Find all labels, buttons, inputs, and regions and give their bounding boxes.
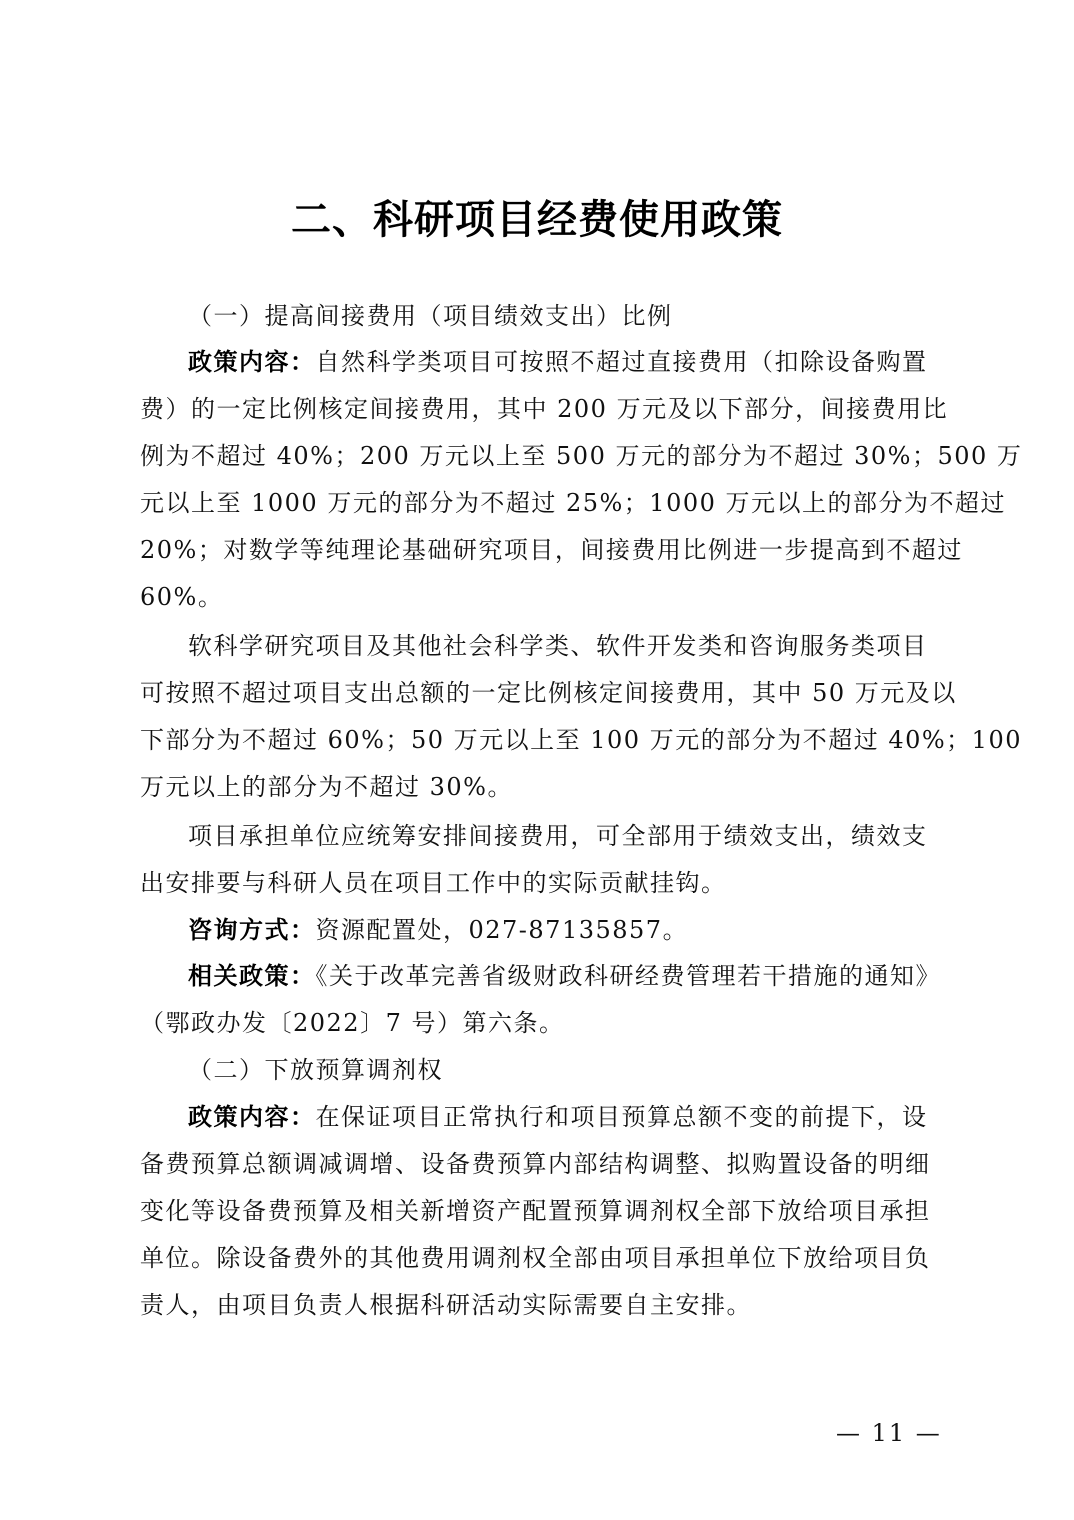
policy-text: 在保证项目正常执行和项目预算总额不变的前提下，设	[316, 1103, 928, 1131]
page-title: 二、科研项目经费使用政策	[0, 190, 1074, 250]
paragraph-line: 政策内容：在保证项目正常执行和项目预算总额不变的前提下，设	[188, 1099, 925, 1135]
paragraph-line: 相关政策：《关于改革完善省级财政科研经费管理若干措施的通知》	[188, 958, 925, 994]
paragraph-line: 费）的一定比例核定间接费用，其中 200 万元及以下部分，间接费用比	[140, 391, 925, 427]
paragraph-line: 政策内容：自然科学类项目可按照不超过直接费用（扣除设备购置	[188, 344, 925, 380]
related-policy-label: 相关政策：	[188, 961, 316, 990]
paragraph-line: （鄂政办发〔2022〕7 号）第六条。	[140, 1005, 925, 1041]
page-number: — 11 —	[836, 1415, 942, 1451]
paragraph-line: 责人，由项目负责人根据科研活动实际需要自主安排。	[140, 1287, 925, 1323]
policy-content-label: 政策内容：	[188, 347, 316, 376]
paragraph-line: 软科学研究项目及其他社会科学类、软件开发类和咨询服务类项目	[188, 628, 925, 664]
paragraph-line: 出安排要与科研人员在项目工作中的实际贡献挂钩。	[140, 865, 925, 901]
policy-text: 自然科学类项目可按照不超过直接费用（扣除设备购置	[316, 348, 928, 376]
paragraph-line: 万元以上的部分为不超过 30%。	[140, 769, 925, 805]
paragraph-line: 20%；对数学等纯理论基础研究项目，间接费用比例进一步提高到不超过	[140, 532, 925, 568]
paragraph-line: 变化等设备费预算及相关新增资产配置预算调剂权全部下放给项目承担	[140, 1193, 925, 1229]
contact-value: 资源配置处，027-87135857。	[316, 916, 689, 944]
related-policy-text: 《关于改革完善省级财政科研经费管理若干措施的通知》	[316, 962, 942, 990]
paragraph-line: 元以上至 1000 万元的部分为不超过 25%；1000 万元以上的部分为不超过	[140, 485, 925, 521]
paragraph-line: 60%。	[140, 579, 925, 615]
policy-content-label: 政策内容：	[188, 1102, 316, 1131]
paragraph-line: 项目承担单位应统筹安排间接费用，可全部用于绩效支出，绩效支	[188, 818, 925, 854]
paragraph-line: 例为不超过 40%；200 万元以上至 500 万元的部分为不超过 30%；50…	[140, 438, 925, 474]
paragraph-line: 下部分为不超过 60%；50 万元以上至 100 万元的部分为不超过 40%；1…	[140, 722, 925, 758]
contact-label: 咨询方式：	[188, 915, 316, 944]
paragraph-line: 备费预算总额调减调增、设备费预算内部结构调整、拟购置设备的明细	[140, 1146, 925, 1182]
section-heading-1: （一）提高间接费用（项目绩效支出）比例	[188, 298, 673, 334]
section-heading-2: （二）下放预算调剂权	[188, 1052, 443, 1088]
paragraph-line: 可按照不超过项目支出总额的一定比例核定间接费用，其中 50 万元及以	[140, 675, 925, 711]
paragraph-line: 单位。除设备费外的其他费用调剂权全部由项目承担单位下放给项目负	[140, 1240, 925, 1276]
contact-line: 咨询方式：资源配置处，027-87135857。	[188, 912, 688, 948]
document-page: 二、科研项目经费使用政策 （一）提高间接费用（项目绩效支出）比例 政策内容：自然…	[0, 0, 1074, 1520]
